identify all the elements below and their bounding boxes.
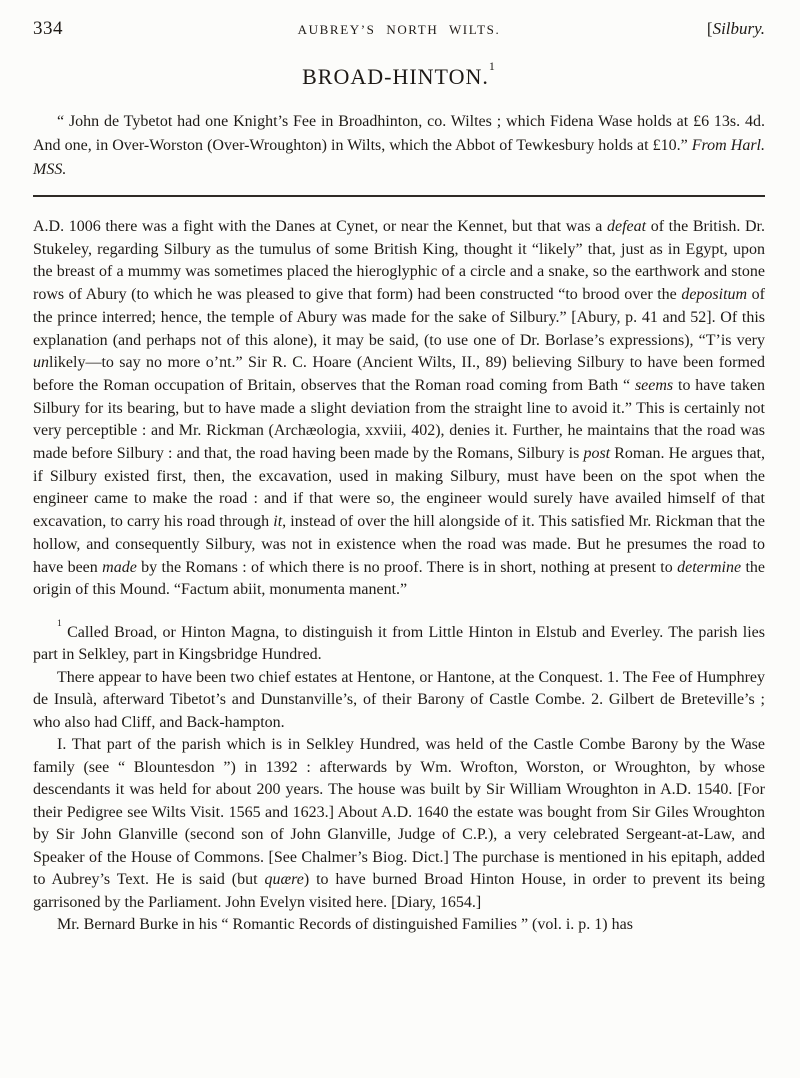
section-title: BROAD-HINTON.1 [33,64,765,90]
footnote-paragraph: I. That part of the parish which is in S… [33,734,765,914]
footnote-section: 1 Called Broad, or Hinton Magna, to dist… [33,622,765,937]
footnote-paragraph: Mr. Bernard Burke in his “ Romantic Reco… [33,914,765,937]
main-paragraph: A.D. 1006 there was a fight with the Dan… [33,216,765,602]
footnote-paragraph: There appear to have been two chief esta… [33,667,765,735]
page-header: 334 AUBREY’S NORTH WILTS. [Silbury. [33,18,765,40]
section-title-text: BROAD-HINTON. [302,64,489,89]
margin-note: [Silbury. [707,19,765,39]
book-page: 334 AUBREY’S NORTH WILTS. [Silbury. BROA… [0,0,800,1078]
title-footnote-ref: 1 [489,59,496,73]
divider-rule [33,195,765,197]
page-number: 334 [33,18,63,40]
running-title: AUBREY’S NORTH WILTS. [298,22,501,38]
quote-paragraph: “ John de Tybetot had one Knight’s Fee i… [33,110,765,182]
footnote-paragraph: 1 Called Broad, or Hinton Magna, to dist… [33,622,765,667]
